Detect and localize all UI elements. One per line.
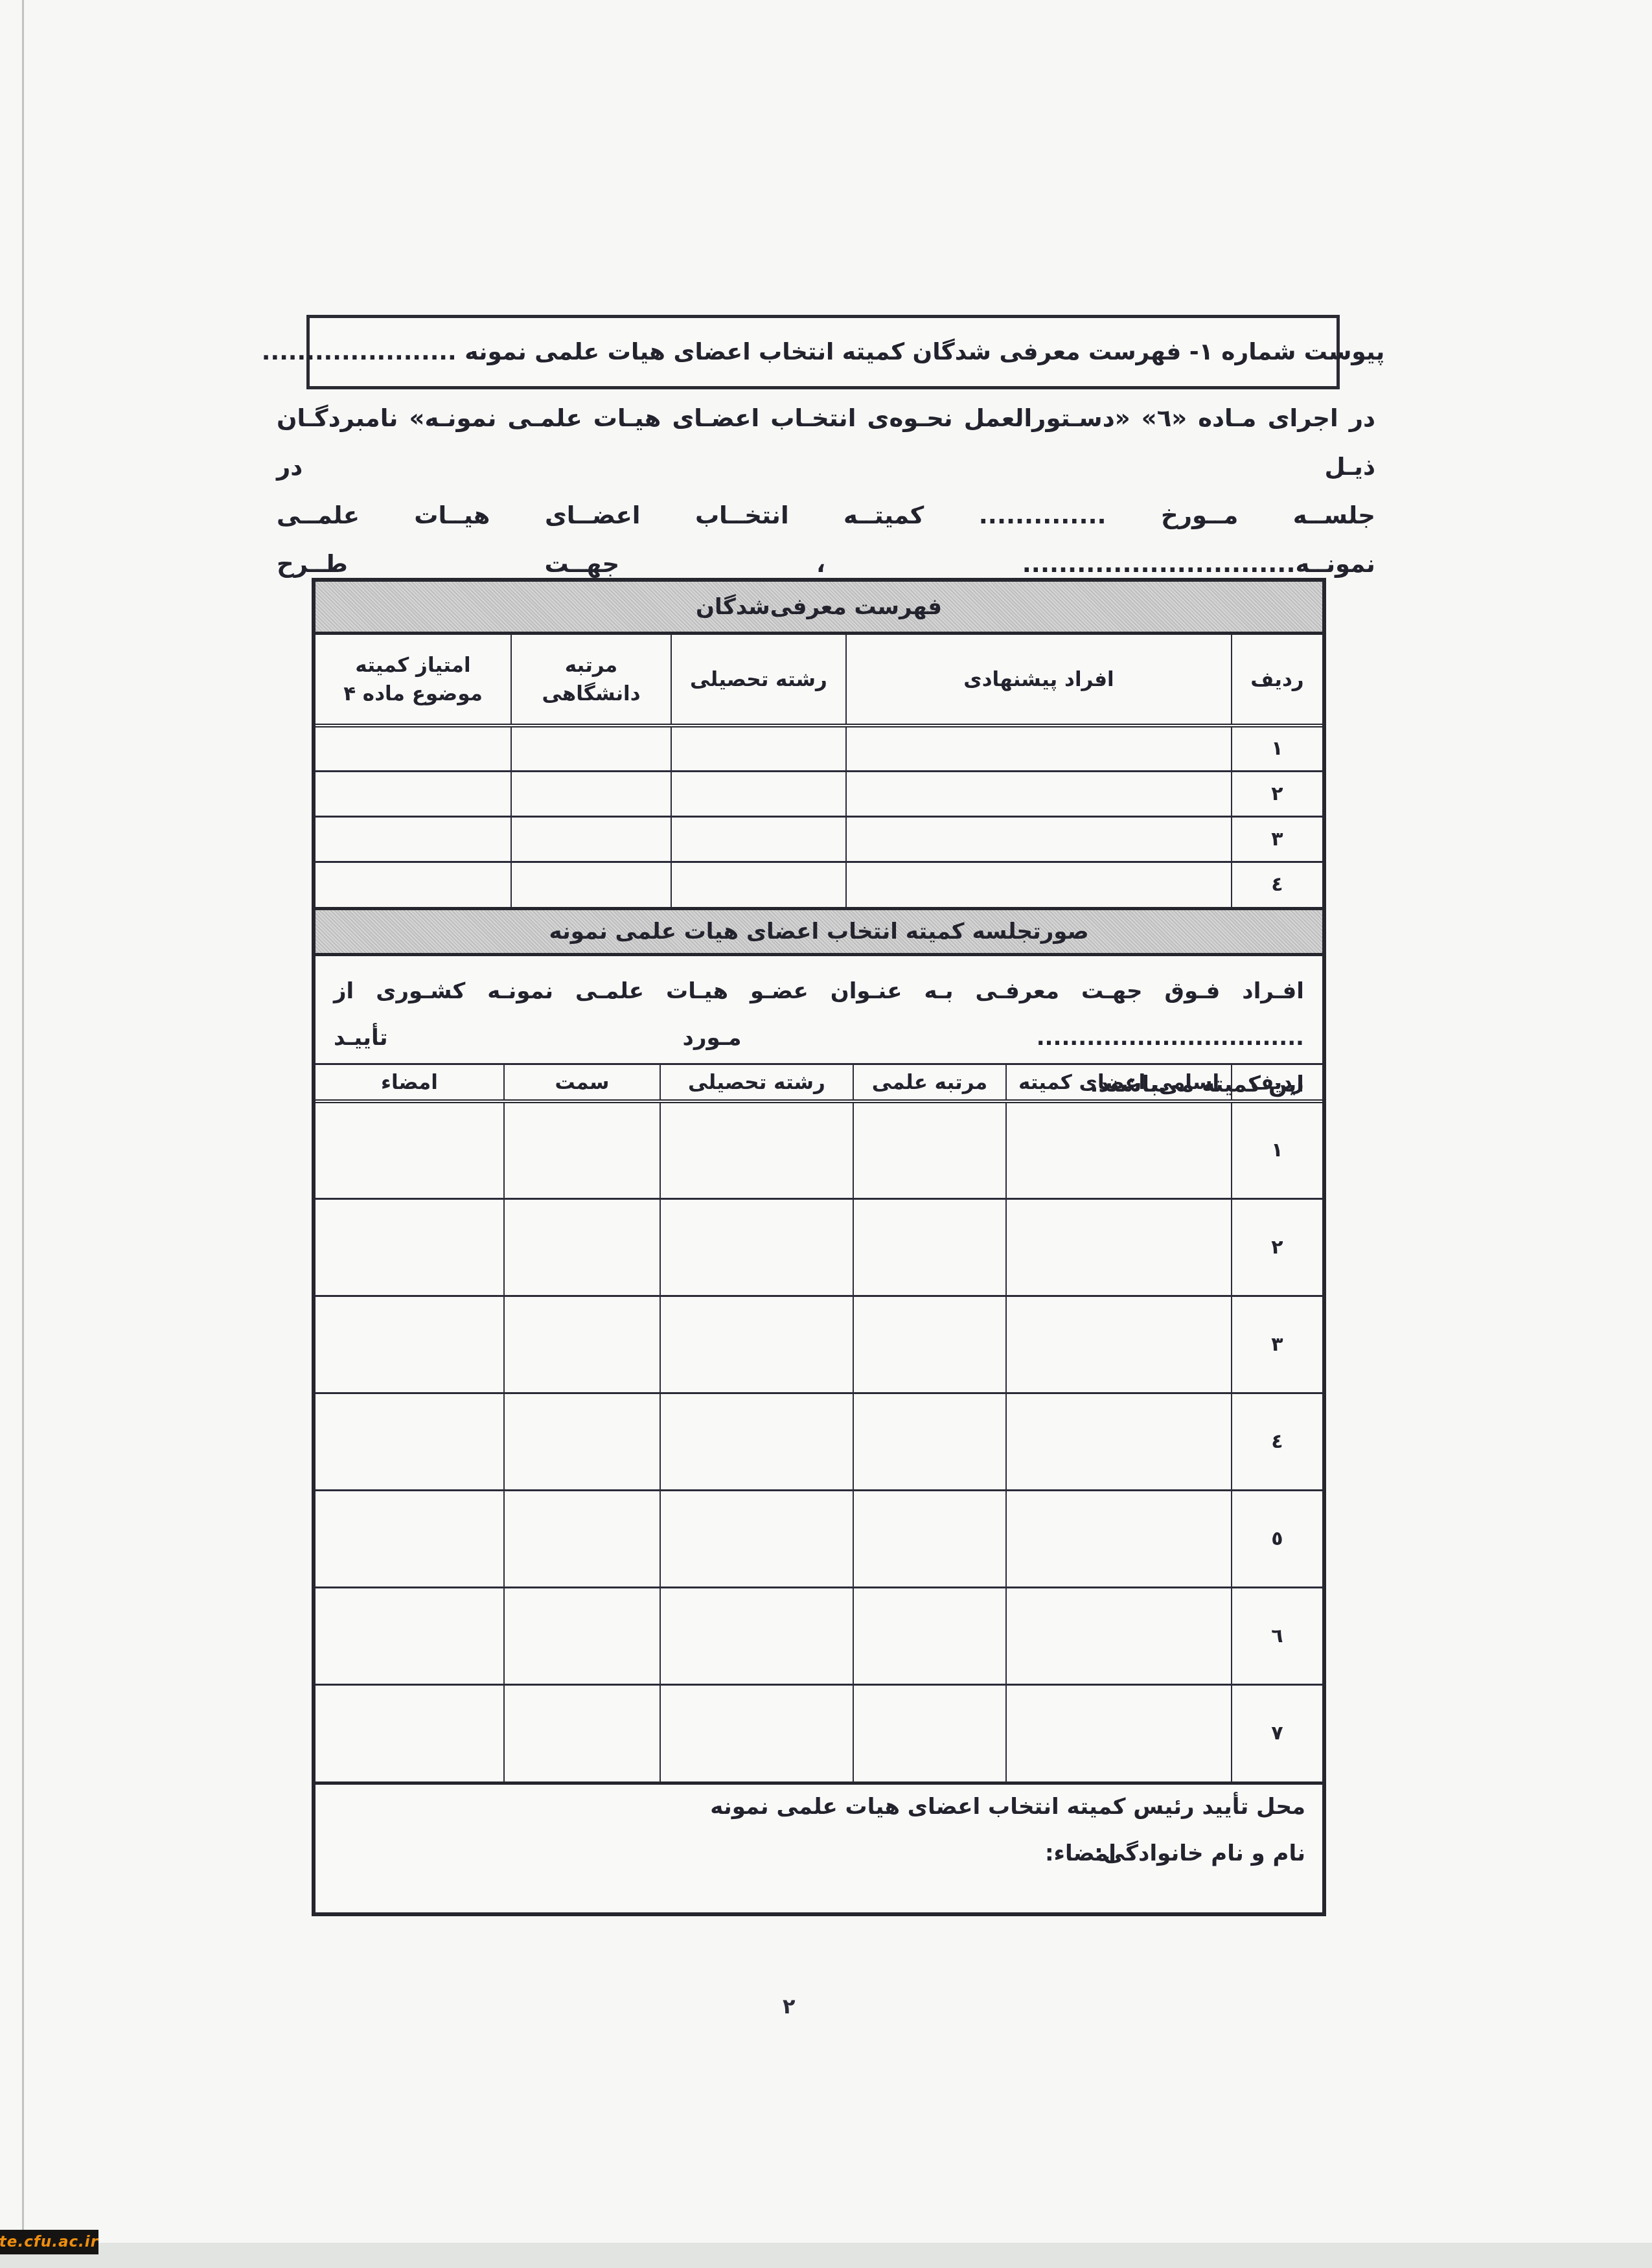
empty-cell (846, 816, 1232, 862)
header-cell-row-number: ردیف (1232, 635, 1322, 726)
empty-cell (853, 1296, 1006, 1393)
empty-cell (1006, 1101, 1232, 1198)
empty-cell (315, 1490, 504, 1587)
empty-cell (660, 1101, 853, 1198)
empty-cell (671, 771, 846, 816)
header-cell-position: سمت (504, 1065, 660, 1101)
appendix-title: پیوست شماره ۱- فهرست معرفی شدگان کمیته ا… (262, 339, 1384, 365)
committee-row-7: ٧ (315, 1684, 1322, 1781)
empty-cell (853, 1684, 1006, 1781)
empty-cell (660, 1198, 853, 1296)
empty-cell (511, 816, 671, 862)
row-number-cell: ٤ (1232, 862, 1322, 907)
header-cell-committee-score: امتیاز کمیته موضوع ماده ۴ (315, 635, 511, 726)
row-number-cell: ۲ (1232, 1198, 1322, 1296)
empty-cell (660, 1587, 853, 1684)
approval-title: محل تأیید رئیس کمیته انتخاب اعضای هیات ع… (332, 1794, 1305, 1820)
minutes-band: صورتجلسه کمیته انتخاب اعضای هیات علمی نم… (315, 907, 1322, 956)
committee-row-5: ٥ (315, 1490, 1322, 1587)
empty-cell (511, 726, 671, 771)
empty-cell (1006, 1587, 1232, 1684)
empty-cell (660, 1393, 853, 1490)
empty-cell (315, 816, 511, 862)
statement-line-1: افـراد فـوق جهـت معرفـی بـه عنـوان عضـو … (334, 968, 1304, 1061)
site-watermark-badge: te.cfu.ac.ir (0, 2230, 98, 2254)
committee-row-2: ۲ (315, 1198, 1322, 1296)
empty-cell (846, 862, 1232, 907)
empty-cell (504, 1198, 660, 1296)
committee-row-6: ٦ (315, 1587, 1322, 1684)
empty-cell (846, 726, 1232, 771)
empty-cell (1006, 1296, 1232, 1393)
empty-cell (853, 1393, 1006, 1490)
empty-cell (846, 771, 1232, 816)
candidates-table: ردیف افراد پیشنهادی رشته تحصیلی مرتبه دا… (315, 635, 1322, 907)
empty-cell (315, 862, 511, 907)
header-cell-signature: امضاء (315, 1065, 504, 1101)
empty-cell (853, 1587, 1006, 1684)
empty-cell (504, 1101, 660, 1198)
candidates-row-4: ٤ (315, 862, 1322, 907)
form-frame: فهرست معرفی‌شدگان ردیف افراد پیشنهادی رش… (312, 578, 1326, 1916)
row-number-cell: ٧ (1232, 1684, 1322, 1781)
row-number-cell: ٦ (1232, 1587, 1322, 1684)
row-number-cell: ۳ (1232, 816, 1322, 862)
header-cell-field-of-study: رشته تحصیلی (671, 635, 846, 726)
row-number-cell: ٤ (1232, 1393, 1322, 1490)
empty-cell (315, 1587, 504, 1684)
empty-cell (504, 1684, 660, 1781)
row-number-cell: ۲ (1232, 771, 1322, 816)
empty-cell (315, 1393, 504, 1490)
scan-bottom-strip (0, 2243, 1652, 2268)
committee-row-1: ۱ (315, 1101, 1322, 1198)
empty-cell (660, 1490, 853, 1587)
approval-section: محل تأیید رئیس کمیته انتخاب اعضای هیات ع… (315, 1781, 1322, 1912)
empty-cell (315, 726, 511, 771)
candidates-header-row: ردیف افراد پیشنهادی رشته تحصیلی مرتبه دا… (315, 635, 1322, 726)
minutes-statement: افـراد فـوق جهـت معرفـی بـه عنـوان عضـو … (315, 956, 1322, 1065)
empty-cell (504, 1490, 660, 1587)
intro-line-2: جلســه مــورخ .............. کمیتــه انت… (277, 491, 1375, 588)
minutes-band-title: صورتجلسه کمیته انتخاب اعضای هیات علمی نم… (549, 919, 1088, 945)
candidates-band-title: فهرست معرفی‌شدگان (696, 594, 942, 620)
header-cell-member-names: اسامی اعضای کمیته (1006, 1065, 1232, 1101)
row-number-cell: ۱ (1232, 1101, 1322, 1198)
row-number-cell: ۳ (1232, 1296, 1322, 1393)
committee-row-3: ۳ (315, 1296, 1322, 1393)
header-cell-row-number: ردیف (1232, 1065, 1322, 1101)
empty-cell (671, 816, 846, 862)
candidates-row-3: ۳ (315, 816, 1322, 862)
empty-cell (1006, 1198, 1232, 1296)
committee-row-4: ٤ (315, 1393, 1322, 1490)
empty-cell (1006, 1490, 1232, 1587)
candidates-row-2: ۲ (315, 771, 1322, 816)
intro-line-1: در اجرای مـاده «٦» «دسـتورالعمل نحـوه‌ی … (277, 394, 1375, 491)
empty-cell (671, 862, 846, 907)
empty-cell (504, 1296, 660, 1393)
empty-cell (853, 1198, 1006, 1296)
row-number-cell: ۱ (1232, 726, 1322, 771)
header-cell-scientific-rank: مرتبه علمی (853, 1065, 1006, 1101)
empty-cell (315, 1296, 504, 1393)
row-number-cell: ٥ (1232, 1490, 1322, 1587)
empty-cell (315, 1198, 504, 1296)
scanned-page: { "page": { "number": "۲", "watermark": … (0, 0, 1652, 2268)
header-cell-proposed-people: افراد پیشنهادی (846, 635, 1232, 726)
header-cell-academic-rank: مرتبه دانشگاهی (511, 635, 671, 726)
header-cell-field-of-study: رشته تحصیلی (660, 1065, 853, 1101)
scan-page-edge-line (22, 0, 24, 2243)
name-label: نام و نام خانوادگی: (1094, 1840, 1305, 1866)
empty-cell (315, 771, 511, 816)
site-watermark-text: te.cfu.ac.ir (0, 2234, 98, 2251)
empty-cell (511, 862, 671, 907)
committee-table: ردیف اسامی اعضای کمیته مرتبه علمی رشته ت… (315, 1065, 1322, 1781)
page-number: ۲ (783, 1994, 796, 2019)
empty-cell (315, 1101, 504, 1198)
empty-cell (1006, 1393, 1232, 1490)
committee-header-row: ردیف اسامی اعضای کمیته مرتبه علمی رشته ت… (315, 1065, 1322, 1101)
appendix-title-box: پیوست شماره ۱- فهرست معرفی شدگان کمیته ا… (306, 315, 1340, 389)
empty-cell (504, 1587, 660, 1684)
empty-cell (1006, 1684, 1232, 1781)
empty-cell (511, 771, 671, 816)
empty-cell (853, 1490, 1006, 1587)
empty-cell (660, 1684, 853, 1781)
empty-cell (660, 1296, 853, 1393)
approval-name-line: نام و نام خانوادگی: امضاء: (332, 1840, 1305, 1866)
candidates-band: فهرست معرفی‌شدگان (315, 582, 1322, 635)
empty-cell (315, 1684, 504, 1781)
candidates-row-1: ۱ (315, 726, 1322, 771)
empty-cell (671, 726, 846, 771)
empty-cell (504, 1393, 660, 1490)
empty-cell (853, 1101, 1006, 1198)
signature-label: امضاء: (1045, 1840, 1116, 1866)
